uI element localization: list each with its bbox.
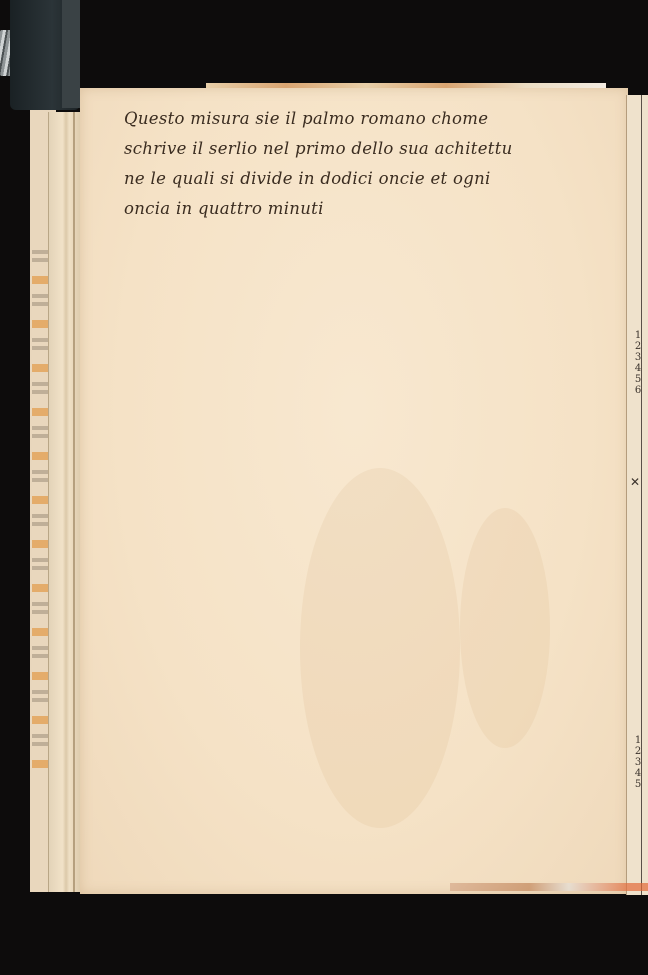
- bottom-page-edge: [450, 883, 648, 891]
- paper-stain: [300, 468, 460, 828]
- binding-strap-edge: [62, 0, 80, 108]
- handwritten-text: Questo misura sie il palmo romano chome …: [124, 104, 624, 224]
- page-edge-stack: [48, 112, 83, 892]
- scale-marks-lower: 1 2 3 4 5: [629, 735, 647, 790]
- text-line: ne le quali si divide in dodici oncie et…: [124, 164, 624, 194]
- text-line: Questo misura sie il palmo romano chome: [124, 104, 624, 134]
- paper-stain: [460, 508, 550, 748]
- text-line: oncia in quattro minuti: [124, 194, 624, 224]
- text-line: schrive il serlio nel primo dello sua ac…: [124, 134, 624, 164]
- scale-cross-mark: ✕: [630, 475, 640, 489]
- margin-scale: 1 2 3 4 5 6 ✕ 1 2 3 4 5: [626, 95, 648, 895]
- scale-marks-upper: 1 2 3 4 5 6: [629, 330, 647, 396]
